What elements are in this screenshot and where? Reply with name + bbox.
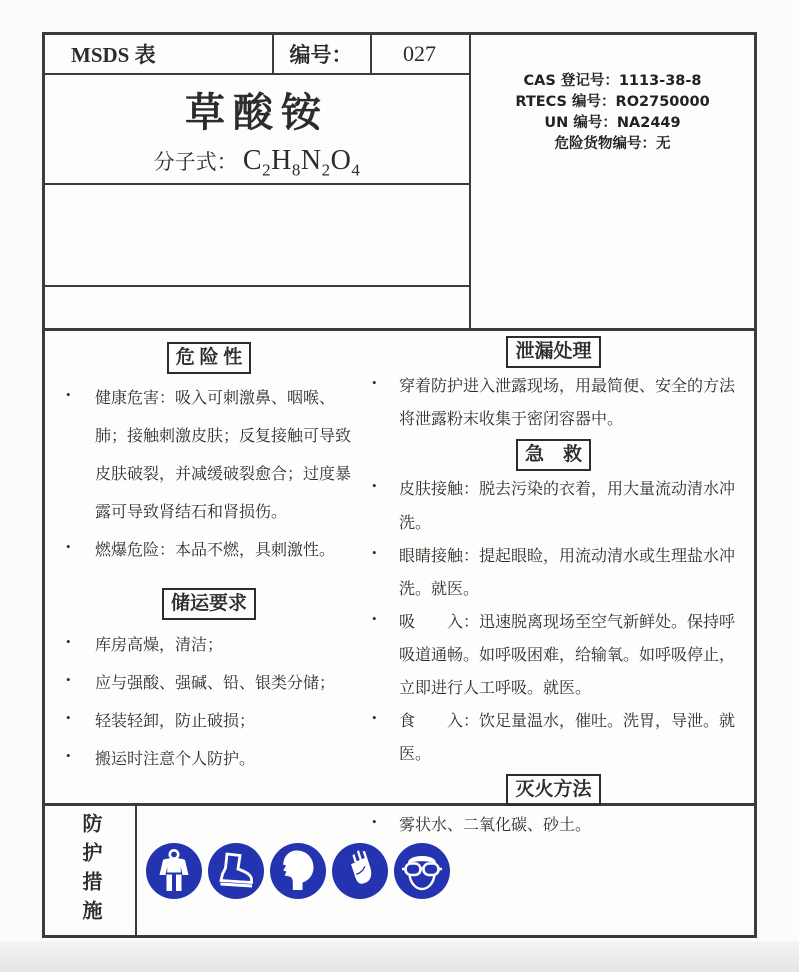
grid-line bbox=[45, 285, 469, 287]
section-title-fire: 灭火方法 bbox=[506, 774, 600, 806]
head-protection-icon bbox=[269, 842, 327, 900]
formula-label: 分子式： bbox=[154, 150, 238, 174]
form-type-cell: MSDS 表 bbox=[45, 35, 272, 73]
protection-label: 防护措施 bbox=[80, 813, 100, 929]
right-column: 泄漏处理 • 穿着防护进入泄露现场，用最简便、安全的方法将泄露粉末收集于密闭容器… bbox=[361, 331, 754, 803]
section-fire: 灭火方法 bbox=[363, 774, 744, 807]
molecular-formula: 分子式： C2H8N2O4 bbox=[45, 145, 469, 181]
registry-numbers: CAS 登记号：1113-38-8 RTECS 编号：RO2750000 UN … bbox=[471, 35, 754, 328]
section-storage: 储运要求 bbox=[61, 586, 357, 624]
bullet-marker: • bbox=[61, 532, 95, 570]
list-item: • 健康危害：吸入可刺激鼻、咽喉、肺；接触刺激皮肤；反复接触可导致皮肤破裂，并减… bbox=[61, 380, 357, 532]
content-area: 危 险 性 • 健康危害：吸入可刺激鼻、咽喉、肺；接触刺激皮肤；反复接触可导致皮… bbox=[45, 331, 754, 803]
bullet-marker: • bbox=[61, 380, 95, 532]
form-number-value: 027 bbox=[403, 41, 436, 67]
scan-shadow bbox=[0, 941, 799, 972]
safety-boots-icon bbox=[207, 842, 265, 900]
list-item: • 穿着防护进入泄露现场，用最简便、安全的方法将泄露粉末收集于密闭容器中。 bbox=[363, 370, 744, 436]
protection-label-cell: 防护措施 bbox=[45, 806, 135, 935]
chemical-name: 草酸铵 bbox=[45, 81, 469, 138]
bullet-marker: • bbox=[61, 741, 95, 779]
bullet-marker: • bbox=[363, 473, 399, 539]
left-column: 危 险 性 • 健康危害：吸入可刺激鼻、咽喉、肺；接触刺激皮肤；反复接触可导致皮… bbox=[45, 331, 361, 803]
list-item: • 皮肤接触：脱去污染的衣着，用大量流动清水冲洗。 bbox=[363, 473, 744, 539]
list-item: • 搬运时注意个人防护。 bbox=[61, 741, 357, 779]
section-leak: 泄漏处理 bbox=[363, 336, 744, 369]
section-title-first-aid: 急 救 bbox=[516, 439, 591, 471]
page: { "document": { "header": { "form_label"… bbox=[0, 0, 799, 972]
bullet-marker: • bbox=[363, 705, 399, 771]
section-title-leak: 泄漏处理 bbox=[506, 336, 600, 368]
bullet-marker: • bbox=[363, 540, 399, 606]
list-item: • 吸 入：迅速脱离现场至空气新鲜处。保持呼吸道通畅。如呼吸困难，给输氧。如呼吸… bbox=[363, 606, 744, 705]
bullet-marker: • bbox=[363, 370, 399, 436]
chemical-title-cell: 草酸铵 分子式： C2H8N2O4 bbox=[45, 73, 469, 183]
section-first-aid: 急 救 bbox=[363, 439, 744, 472]
list-item: • 应与强酸、强碱、铅、银类分储； bbox=[61, 665, 357, 703]
cas-number: CAS 登记号：1113-38-8 bbox=[471, 71, 754, 92]
form-type-label: MSDS 表 bbox=[71, 39, 156, 69]
bullet-marker: • bbox=[61, 665, 95, 703]
list-item: • 食 入：饮足量温水，催吐。洗胃，导泄。就医。 bbox=[363, 705, 744, 771]
msds-table: MSDS 表 编号： 027 草酸铵 分子式： C2H8N2O4 CAS 登记号… bbox=[42, 32, 757, 938]
list-item: • 轻装轻卸，防止破损； bbox=[61, 703, 357, 741]
list-item: • 燃爆危险：本品不燃，具刺激性。 bbox=[61, 532, 357, 570]
section-title-storage: 储运要求 bbox=[162, 588, 256, 620]
section-hazard: 危 险 性 bbox=[61, 340, 357, 378]
bullet-marker: • bbox=[363, 606, 399, 705]
rtecs-number: RTECS 编号：RO2750000 bbox=[471, 92, 754, 113]
protective-suit-icon bbox=[145, 842, 203, 900]
list-item: • 库房高燥，清洁； bbox=[61, 627, 357, 665]
safety-goggles-icon bbox=[393, 842, 451, 900]
dangerous-goods-number: 危险货物编号：无 bbox=[471, 134, 754, 155]
un-number: UN 编号：NA2449 bbox=[471, 113, 754, 134]
list-item: • 眼睛接触：提起眼睑，用流动清水或生理盐水冲洗。就医。 bbox=[363, 540, 744, 606]
grid-line bbox=[45, 183, 469, 185]
ppe-icons-row bbox=[137, 806, 754, 935]
form-number-value-cell: 027 bbox=[370, 35, 469, 73]
protective-gloves-icon bbox=[331, 842, 389, 900]
bullet-marker: • bbox=[61, 627, 95, 665]
section-title-hazard: 危 险 性 bbox=[167, 342, 252, 374]
bullet-marker: • bbox=[61, 703, 95, 741]
form-number-label-cell: 编号： bbox=[272, 35, 370, 73]
form-number-label: 编号： bbox=[290, 39, 353, 69]
formula-value: C2H8N2O4 bbox=[243, 145, 360, 176]
